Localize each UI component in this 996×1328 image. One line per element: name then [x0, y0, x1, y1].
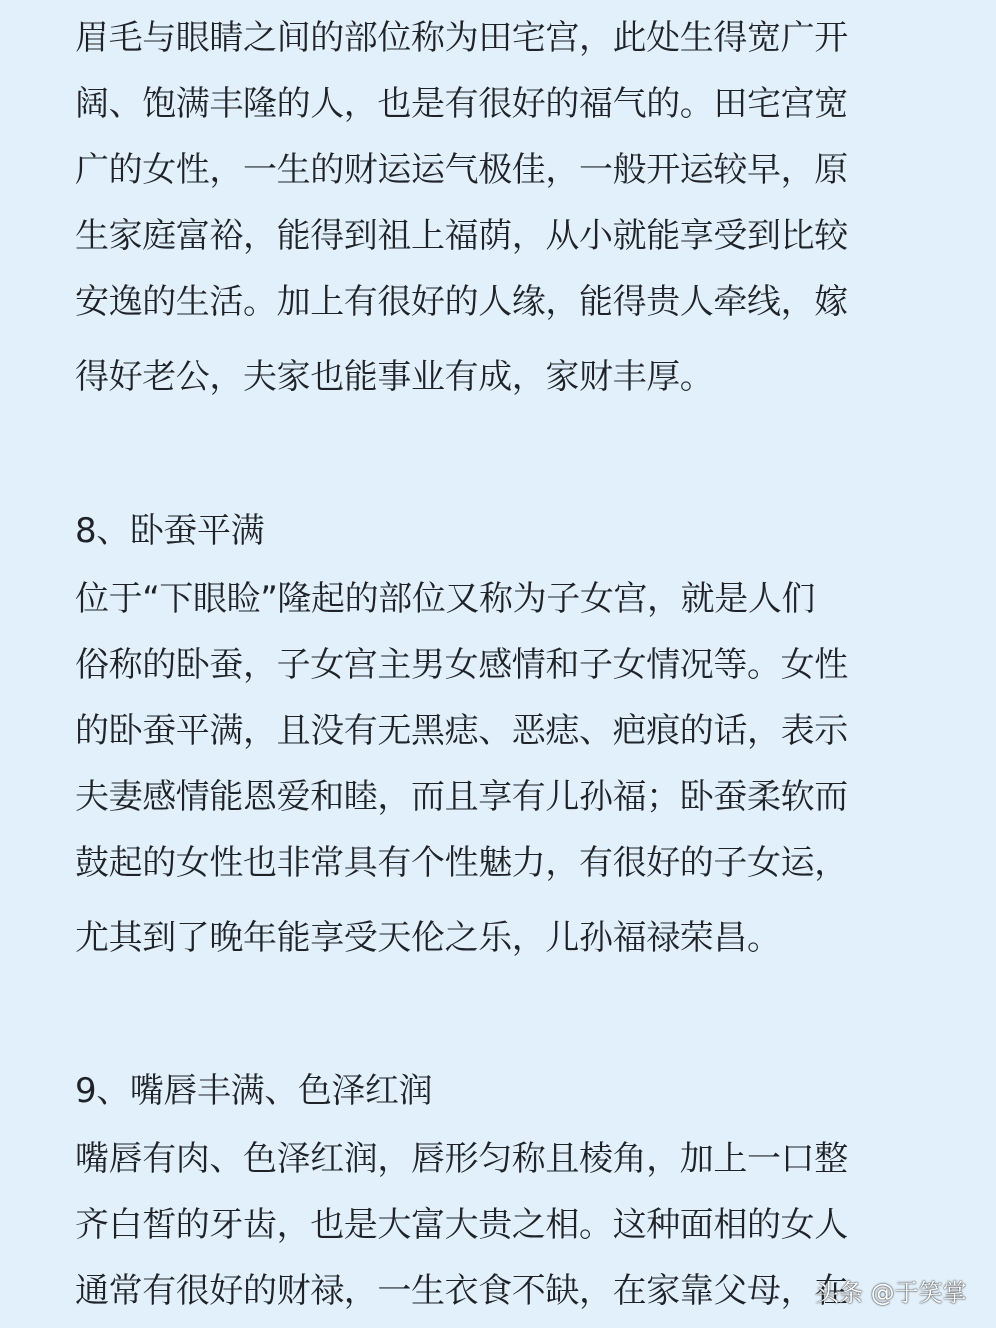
paragraph-line: 安逸的生活。加上有很好的人缘，能得贵人牵线，嫁 — [75, 282, 848, 322]
paragraph-line: 得好老公，夫家也能事业有成，家财丰厚。 — [75, 357, 713, 397]
paragraph-line: 广的女性，一生的财运运气极佳，一般开运较早，原 — [75, 150, 848, 190]
paragraph-line: 的卧蚕平满，且没有无黑痣、恶痣、疤痕的话，表示 — [75, 711, 848, 751]
section-heading: 9、嘴唇丰满、色泽红润 — [75, 1071, 432, 1111]
paragraph-line: 位于“下眼睑”隆起的部位又称为子女宫，就是人们 — [75, 579, 815, 619]
paragraph-line: 夫妻感情能恩爱和睦，而且享有儿孙福；卧蚕柔软而 — [75, 777, 848, 817]
paragraph-line: 齐白皙的牙齿，也是大富大贵之相。这种面相的女人 — [75, 1205, 848, 1245]
paragraph-line: 通常有很好的财禄，一生衣食不缺，在家靠父母，在 — [75, 1271, 848, 1311]
paragraph-line: 嘴唇有肉、色泽红润，唇形匀称且棱角，加上一口整 — [75, 1139, 848, 1179]
section-heading: 8、卧蚕平满 — [75, 511, 264, 551]
watermark: 头条 @于笑掌 — [815, 1278, 967, 1308]
paragraph-line: 俗称的卧蚕，子女宫主男女感情和子女情况等。女性 — [75, 645, 848, 685]
paragraph-line: 鼓起的女性也非常具有个性魅力，有很好的子女运， — [75, 843, 848, 883]
paragraph-line: 眉毛与眼睛之间的部位称为田宅宫，此处生得宽广开 — [75, 18, 848, 58]
paragraph-line: 生家庭富裕，能得到祖上福荫，从小就能享受到比较 — [75, 216, 848, 256]
paragraph-line: 尤其到了晚年能享受天伦之乐，儿孙福禄荣昌。 — [75, 918, 781, 958]
paragraph-line: 阔、饱满丰隆的人，也是有很好的福气的。田宅宫宽 — [75, 84, 848, 124]
